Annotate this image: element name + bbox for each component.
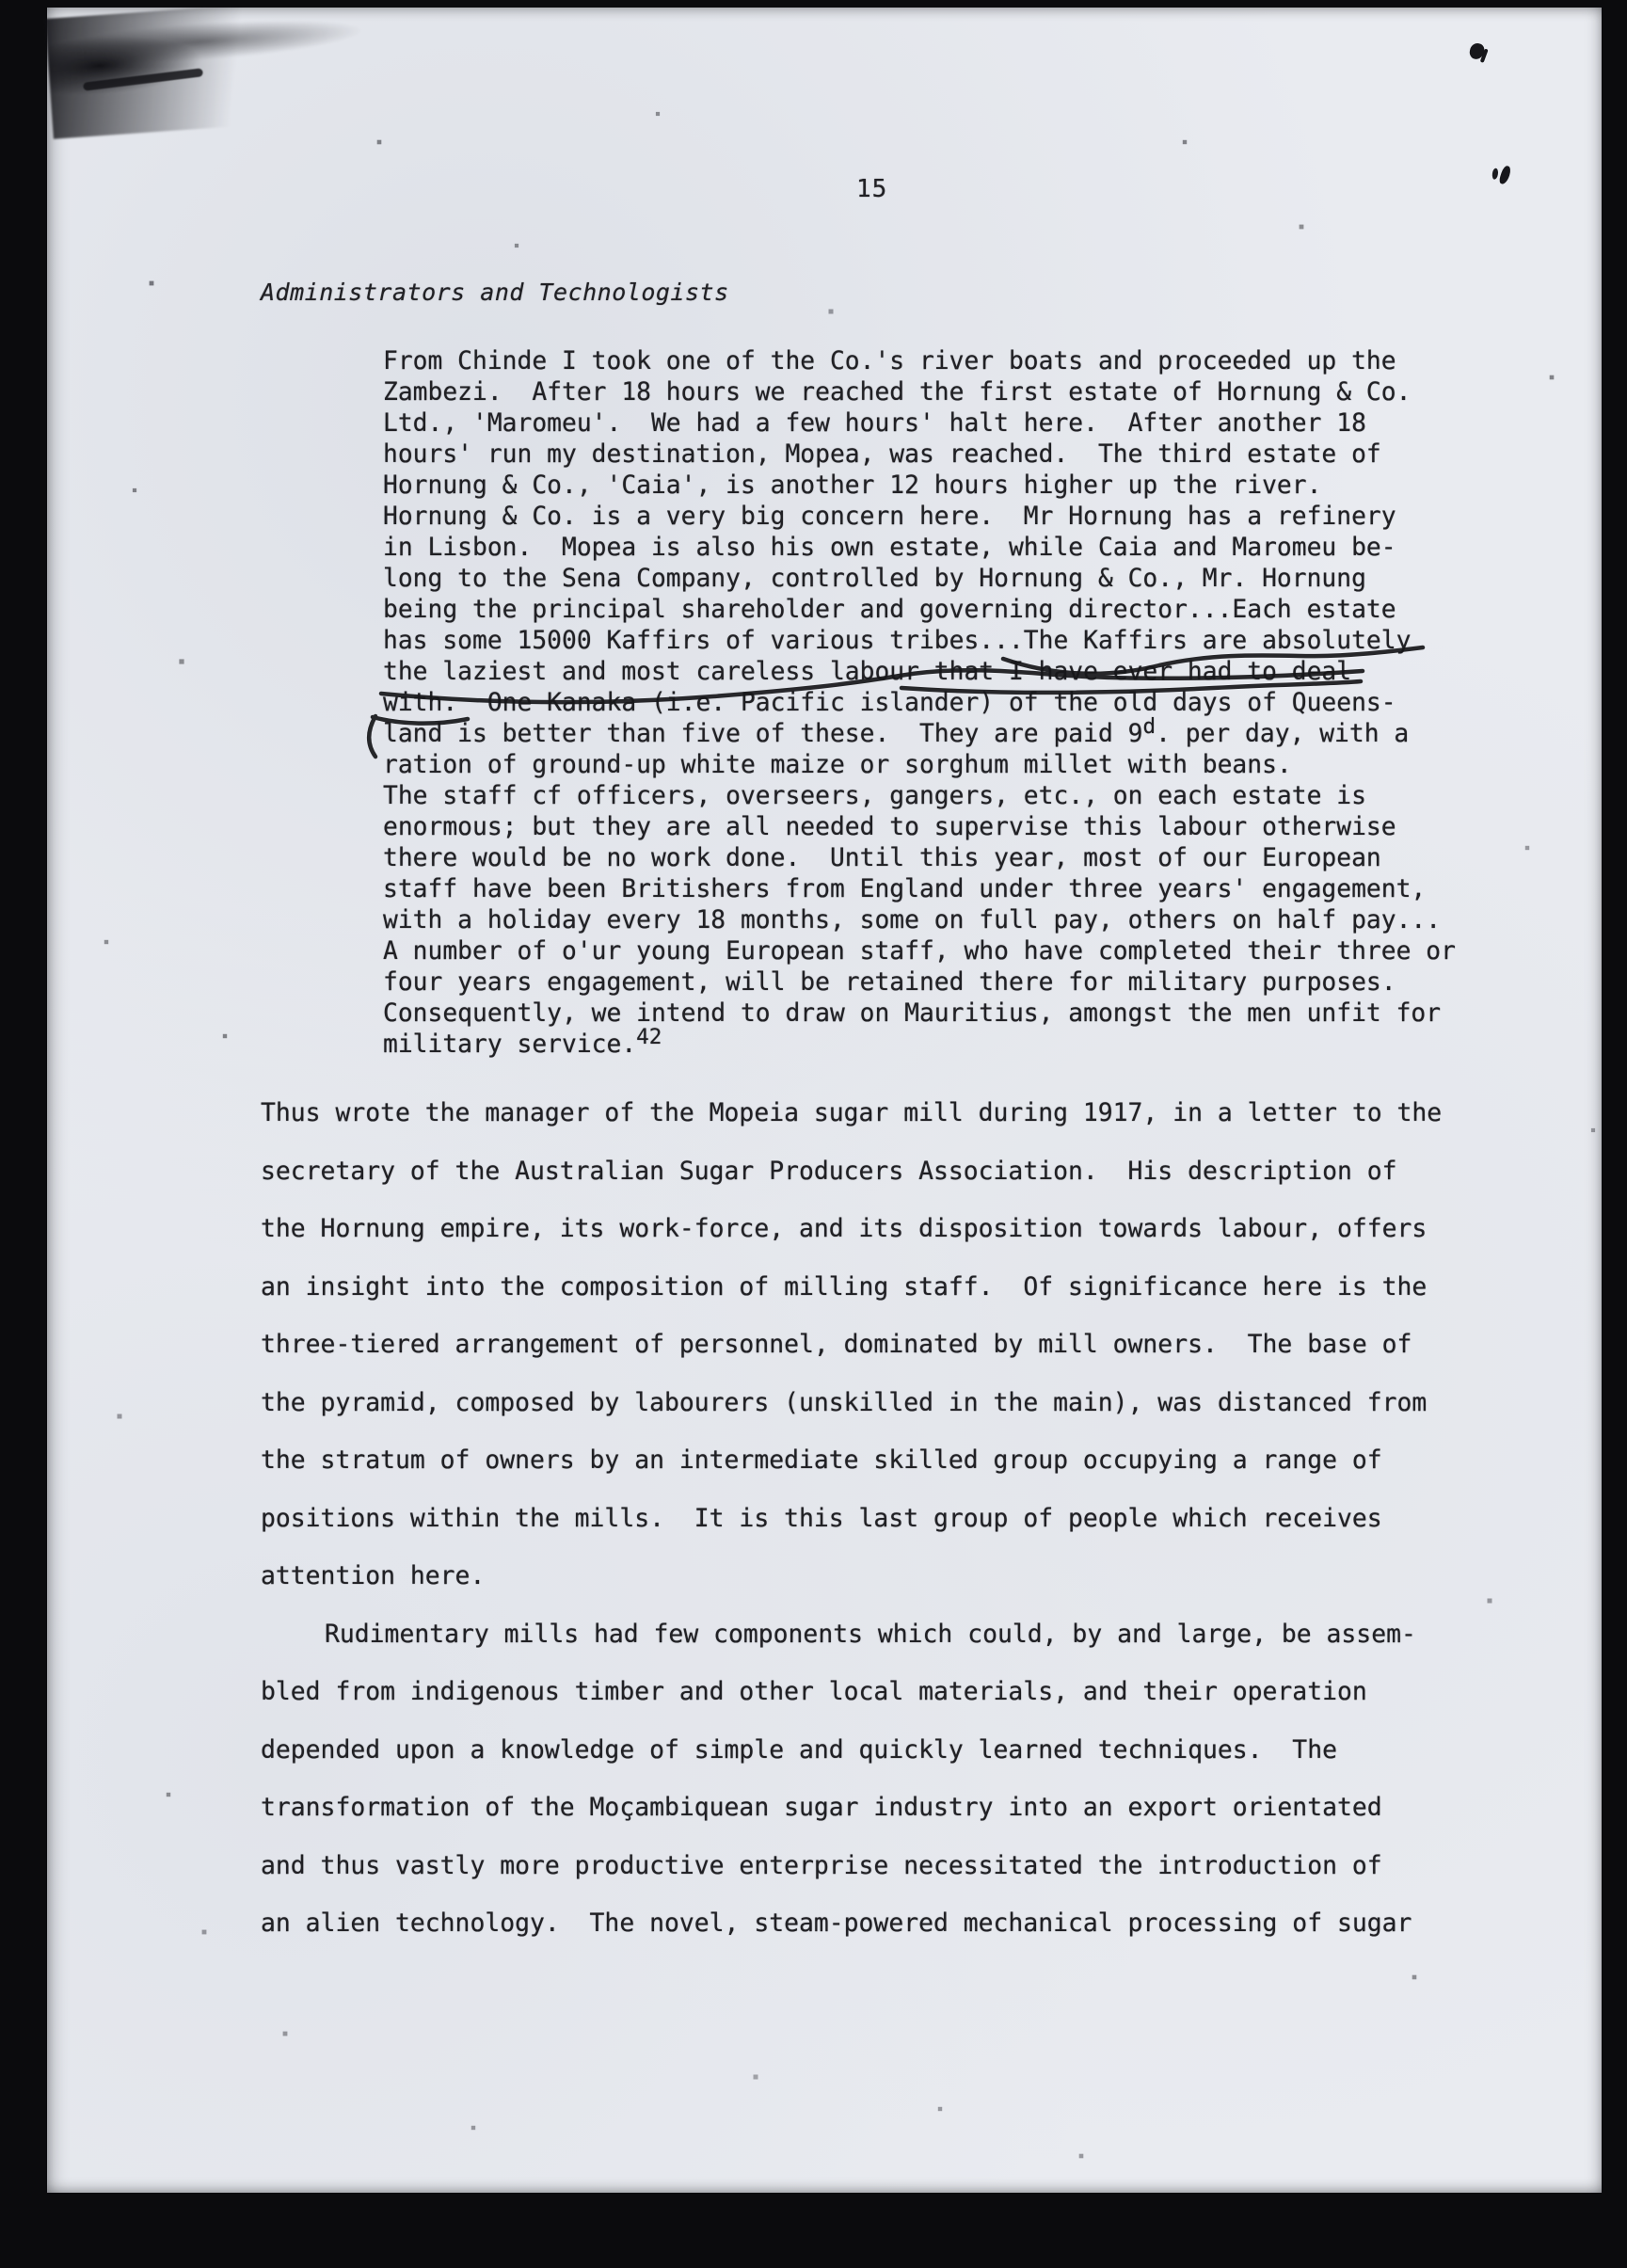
quote-line: From Chinde I took one of the Co.'s rive…: [383, 346, 1456, 377]
quote-line: being the principal shareholder and gove…: [383, 595, 1456, 626]
body-line: the stratum of owners by an intermediate…: [261, 1431, 1442, 1490]
body-line: attention here.: [261, 1547, 1442, 1605]
quote-line: Hornung & Co., 'Caia', is another 12 hou…: [383, 471, 1456, 502]
body-line: depended upon a knowledge of simple and …: [261, 1721, 1442, 1780]
scanned-document-screenshot: { "document": { "page_number": "15", "se…: [0, 0, 1627, 2268]
quote-line: with. One Kanaka (i.e. Pacific islander)…: [383, 688, 1456, 719]
quote-line: Consequently, we intend to draw on Mauri…: [383, 998, 1456, 1030]
paper: 15 Administrators and Technologists From…: [47, 8, 1602, 2193]
body-line: Thus wrote the manager of the Mopeia sug…: [261, 1084, 1442, 1142]
quote-line: military service.42: [383, 1030, 1456, 1061]
scan-speckle-noise: [47, 8, 49, 9]
quote-line: enormous; but they are all needed to sup…: [383, 812, 1456, 843]
quote-line: Ltd., 'Maromeu'. We had a few hours' hal…: [383, 408, 1456, 439]
body-line: and thus vastly more productive enterpri…: [261, 1837, 1442, 1895]
body-line: Rudimentary mills had few components whi…: [261, 1605, 1442, 1664]
quote-line: Zambezi. After 18 hours we reached the f…: [383, 377, 1456, 408]
quote-line: there would be no work done. Until this …: [383, 843, 1456, 874]
quote-line: A number of o'ur young European staff, w…: [383, 936, 1456, 967]
section-heading: Administrators and Technologists: [261, 279, 729, 306]
body-line: three-tiered arrangement of personnel, d…: [261, 1316, 1442, 1374]
body-line: an alien technology. The novel, steam-po…: [261, 1894, 1442, 1953]
quote-line: the laziest and most careless labour tha…: [383, 657, 1456, 688]
body-line: transformation of the Moçambiquean sugar…: [261, 1779, 1442, 1837]
ink-blot-mark: [1498, 165, 1512, 185]
body-line: the Hornung empire, its work-force, and …: [261, 1200, 1442, 1258]
body-line: positions within the mills. It is this l…: [261, 1490, 1442, 1548]
ink-blot-mark: [1468, 42, 1485, 61]
body-line: bled from indigenous timber and other lo…: [261, 1663, 1442, 1721]
quote-line: staff have been Britishers from England …: [383, 874, 1456, 905]
quote-line: long to the Sena Company, controlled by …: [383, 564, 1456, 595]
quote-line: land is better than five of these. They …: [383, 719, 1456, 750]
block-quote: From Chinde I took one of the Co.'s rive…: [383, 346, 1456, 1061]
quote-line: with a holiday every 18 months, some on …: [383, 905, 1456, 936]
quote-line: ration of ground-up white maize or sorgh…: [383, 750, 1456, 781]
quote-line: hours' run my destination, Mopea, was re…: [383, 439, 1456, 471]
quote-line: in Lisbon. Mopea is also his own estate,…: [383, 533, 1456, 564]
page-number: 15: [856, 175, 887, 203]
quote-line: The staff cf officers, overseers, ganger…: [383, 781, 1456, 812]
photocopy-smudge-artifact: [45, 0, 373, 139]
quote-line: Hornung & Co. is a very big concern here…: [383, 502, 1456, 533]
quote-line: has some 15000 Kaffirs of various tribes…: [383, 626, 1456, 657]
quote-line: four years engagement, will be retained …: [383, 967, 1456, 998]
body-line: secretary of the Australian Sugar Produc…: [261, 1142, 1442, 1201]
body-text: Thus wrote the manager of the Mopeia sug…: [261, 1084, 1442, 1953]
body-line: an insight into the composition of milli…: [261, 1258, 1442, 1317]
body-line: the pyramid, composed by labourers (unsk…: [261, 1374, 1442, 1432]
